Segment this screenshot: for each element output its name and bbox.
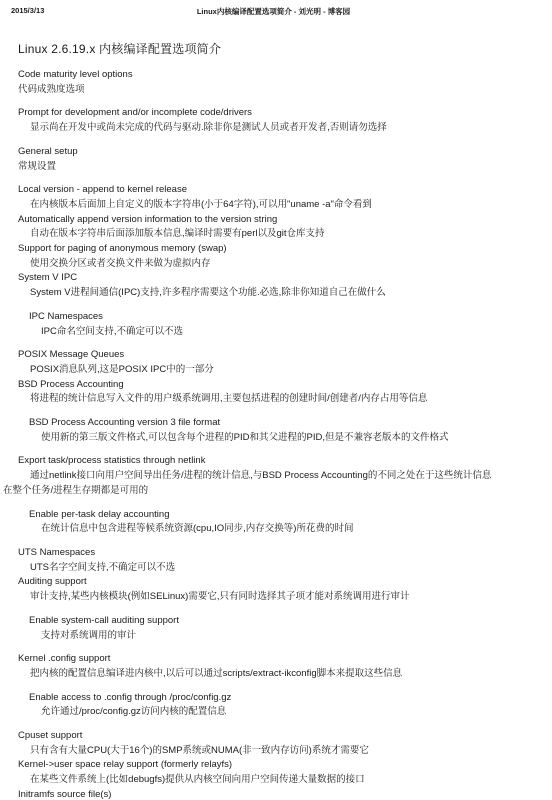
option-title-line: System V IPC — [3, 271, 544, 286]
print-date: 2015/3/13 — [11, 6, 44, 15]
option-title-line: Cpuset support — [3, 729, 544, 744]
option-description-line: 使用新的第三版文件格式,可以包含每个进程的PID和其父进程的PID,但是不兼容老… — [3, 431, 544, 446]
text-block: Code maturity level options代码成熟度选项 — [3, 68, 544, 97]
option-title-line: Auditing support — [3, 575, 544, 590]
text-block: Enable per-task delay accounting在统计信息中包含… — [3, 508, 544, 537]
option-title-line: Enable per-task delay accounting — [3, 508, 544, 523]
option-description-line: 在内核版本后面加上自定义的版本字符串(小于64字符),可以用"uname -a"… — [3, 198, 544, 213]
option-title-line: 常规设置 — [3, 160, 544, 175]
option-title-line: Initramfs source file(s) — [3, 788, 544, 800]
option-title-line: Local version - append to kernel release — [3, 183, 544, 198]
option-description-line: 只有含有大量CPU(大于16个)的SMP系统或NUMA(非一致内存访问)系统才需… — [3, 744, 544, 759]
option-description-line: 在某些文件系统上(比如debugfs)提供从内核空间向用户空间传递大量数据的接口 — [3, 773, 544, 788]
text-block: Cpuset support只有含有大量CPU(大于16个)的SMP系统或NUM… — [3, 729, 544, 800]
option-title-line: Automatically append version information… — [3, 213, 544, 228]
option-description-line: 审计支持,某些内核模块(例如SELinux)需要它,只有同时选择其子项才能对系统… — [3, 590, 544, 605]
option-title-line: Code maturity level options — [3, 68, 544, 83]
option-description-line: 在整个任务/进程生存期都是可用的 — [3, 484, 544, 499]
text-block: Local version - append to kernel release… — [3, 183, 544, 301]
option-title-line: BSD Process Accounting version 3 file fo… — [3, 416, 544, 431]
text-block: Kernel .config support把内核的配置信息编译进内核中,以后可… — [3, 652, 544, 681]
option-description-line: 自动在版本字符串后面添加版本信息,编译时需要有perl以及git仓库支持 — [3, 227, 544, 242]
option-description-line: 在统计信息中包含进程等候系统资源(cpu,IO同步,内存交换等)所花费的时间 — [3, 522, 544, 537]
option-title-line: Prompt for development and/or incomplete… — [3, 106, 544, 121]
print-header-title: Linux内核编译配置选项简介 - 刘光明 - 博客园 — [3, 6, 544, 17]
option-description-line: 通过netlink接口向用户空间导出任务/进程的统计信息,与BSD Proces… — [3, 469, 544, 484]
option-description-line: 允许通过/proc/config.gz访问内核的配置信息 — [3, 705, 544, 720]
option-title-line: Export task/process statistics through n… — [3, 454, 544, 469]
text-block: IPC NamespacesIPC命名空间支持,不确定可以不选 — [3, 310, 544, 339]
option-description-line: System V进程间通信(IPC)支持,许多程序需要这个功能.必选,除非你知道… — [3, 286, 544, 301]
option-title-line: Kernel->user space relay support (former… — [3, 758, 544, 773]
option-title-line: 代码成熟度选项 — [3, 83, 544, 98]
text-block: Export task/process statistics through n… — [3, 454, 544, 498]
option-title-line: IPC Namespaces — [3, 310, 544, 325]
option-title-line: Enable access to .config through /proc/c… — [3, 691, 544, 706]
option-title-line: BSD Process Accounting — [3, 378, 544, 393]
article-body: Code maturity level options代码成熟度选项Prompt… — [3, 68, 544, 800]
option-description-line: UTS名字空间支持,不确定可以不选 — [3, 561, 544, 576]
text-block: Enable system-call auditing support支持对系统… — [3, 614, 544, 643]
option-title-line: Kernel .config support — [3, 652, 544, 667]
option-title-line: Enable system-call auditing support — [3, 614, 544, 629]
option-description-line: 把内核的配置信息编译进内核中,以后可以通过scripts/extract-ikc… — [3, 667, 544, 682]
text-block: Enable access to .config through /proc/c… — [3, 691, 544, 720]
text-block: BSD Process Accounting version 3 file fo… — [3, 416, 544, 445]
option-description-line: POSIX消息队列,这是POSIX IPC中的一部分 — [3, 363, 544, 378]
option-description-line: 支持对系统调用的审计 — [3, 629, 544, 644]
option-description-line: 显示尚在开发中或尚未完成的代码与驱动.除非你是测试人员或者开发者,否则请勿选择 — [3, 121, 544, 136]
print-header: 2015/3/13 Linux内核编译配置选项简介 - 刘光明 - 博客园 — [3, 0, 544, 18]
printed-page: 2015/3/13 Linux内核编译配置选项简介 - 刘光明 - 博客园 Li… — [0, 0, 552, 800]
option-title-line: General setup — [3, 145, 544, 160]
text-block: UTS NamespacesUTS名字空间支持,不确定可以不选Auditing … — [3, 546, 544, 605]
option-title-line: UTS Namespaces — [3, 546, 544, 561]
text-block: General setup常规设置 — [3, 145, 544, 174]
option-title-line: POSIX Message Queues — [3, 348, 544, 363]
option-description-line: 将进程的统计信息写入文件的用户级系统调用,主要包括进程的创建时间/创建者/内存占… — [3, 392, 544, 407]
text-block: Prompt for development and/or incomplete… — [3, 106, 544, 135]
option-description-line: 使用交换分区或者交换文件来做为虚拟内存 — [3, 257, 544, 272]
text-block: POSIX Message QueuesPOSIX消息队列,这是POSIX IP… — [3, 348, 544, 407]
article-title: Linux 2.6.19.x 内核编译配置选项简介 — [18, 40, 544, 57]
option-description-line: IPC命名空间支持,不确定可以不选 — [3, 325, 544, 340]
option-title-line: Support for paging of anonymous memory (… — [3, 242, 544, 257]
